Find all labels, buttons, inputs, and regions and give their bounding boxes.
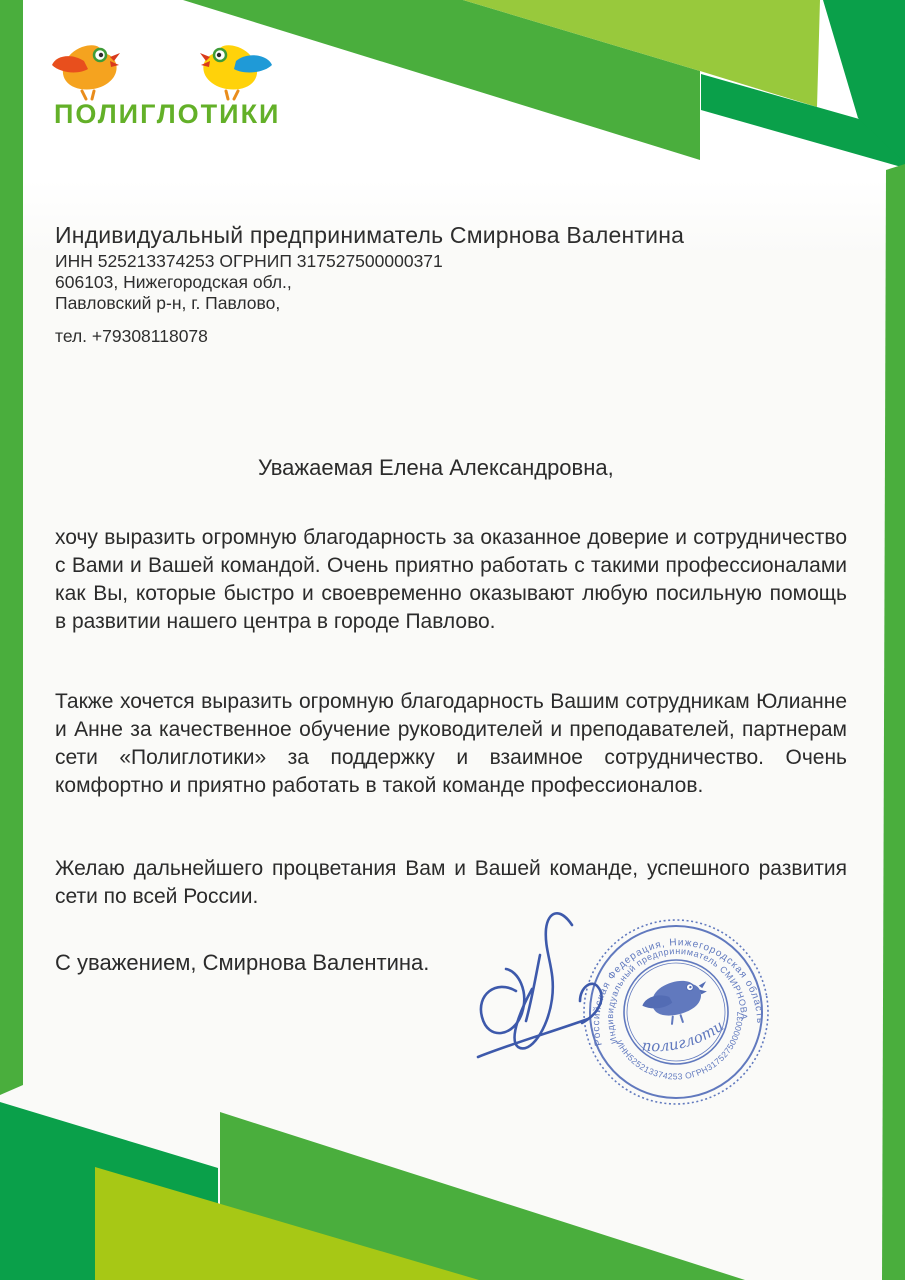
signoff: С уважением, Смирнова Валентина. [55, 950, 429, 976]
salutation: Уважаемая Елена Александровна, [258, 455, 614, 481]
brand-name: ПОЛИГЛОТИКИ [54, 99, 318, 130]
top-lightgreen-slab [463, 0, 820, 107]
right-edge-stripe [882, 164, 905, 1280]
top-right-darkgreen-triangle [823, 0, 905, 163]
sender-address-line1: 606103, Нижегородская обл., [55, 272, 292, 293]
sender-phone: тел. +79308118078 [55, 326, 208, 347]
bottom-darkgreen-shape [0, 1102, 218, 1280]
top-darkgreen-stripe [701, 74, 905, 168]
orange-bird-icon [52, 45, 120, 99]
bottom-lightgreen-wedge [95, 1167, 479, 1280]
bottom-green-wedge [220, 1112, 745, 1280]
sender-address-line2: Павловский р-н, г. Павлово, [55, 293, 280, 314]
sender-inn-ogrnip: ИНН 525213374253 ОГРНИП 317527500000371 [55, 251, 443, 272]
logo: ПОЛИГЛОТИКИ [48, 33, 318, 130]
logo-birds-icon [48, 33, 288, 101]
document-page: ПОЛИГЛОТИКИ Индивидуальный предпринимате… [0, 0, 905, 1280]
yellow-bird-icon [200, 45, 272, 99]
paragraph-2: Также хочется выразить огромную благодар… [55, 688, 847, 800]
sender-name: Индивидуальный предприниматель Смирнова … [55, 222, 684, 249]
paragraph-1: хочу выразить огромную благодарность за … [55, 524, 847, 636]
left-edge-stripe [0, 0, 23, 1095]
signature [452, 895, 652, 1085]
